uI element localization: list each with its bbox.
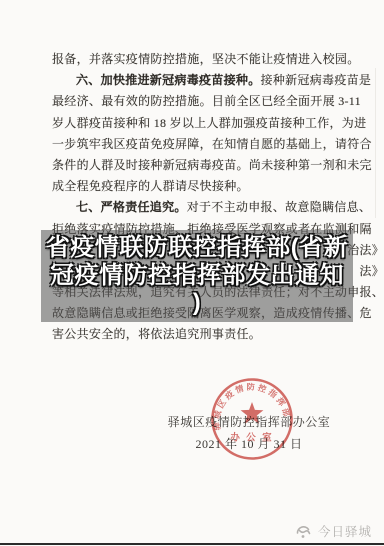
doc-line: 岁人群疫苗接种和 18 岁以上人群加强疫苗接种工作，为进 — [52, 113, 350, 134]
doc-line: 成全程免疫程序的人群请尽快接种。 — [52, 176, 350, 197]
bottom-border — [0, 543, 384, 545]
watermark-label: 今日驿城 — [318, 522, 372, 540]
doc-line-rest: 接种新冠病毒疫苗是 — [261, 73, 372, 87]
caption-title-line3: ) — [193, 289, 202, 317]
doc-line: 七、严格责任追究。对于不主动申报、故意隐瞒信息、 — [52, 197, 350, 218]
watermark: 今日驿城 — [295, 522, 372, 540]
doc-line-rest: 对于不主动申报、故意隐瞒信息、 — [187, 200, 372, 214]
screenshot-root: 报备，并落实疫情防控措施，坚决不能让疫情进入校园。 六、加快推进新冠病毒疫苗接种… — [0, 0, 384, 546]
official-seal: 驿城区疫情防控指挥部 办 公 室 — [209, 376, 295, 462]
doc-line: 害公共安全的，将依法追究刑事责任。 — [52, 324, 350, 345]
scan-crease — [375, 68, 376, 218]
watermark-logo-icon — [295, 524, 312, 539]
doc-line: 六、加快推进新冠病毒疫苗接种。接种新冠病毒疫苗是 — [52, 70, 350, 91]
doc-line-heading: 七、严格责任追究。 — [76, 200, 187, 214]
seal-inner-text: 办 公 室 — [230, 432, 273, 444]
doc-line: 最经济、最有效的防控措施。目前全区已经全面开展 3-11 — [52, 91, 350, 112]
caption-overlay: 省疫情联防联控指挥部(省新 冠疫情防控指挥部发出通知 ) — [41, 230, 353, 322]
doc-line: 一步筑牢我区疫苗免疫屏障，在知情自愿的基础上，请符合 — [52, 134, 350, 155]
seal-star-icon — [241, 402, 264, 424]
caption-title-line1: 省疫情联防联控指挥部(省新 — [46, 234, 349, 262]
caption-title-line2: 冠疫情防控指挥部发出通知 — [50, 262, 344, 290]
doc-line: 报备，并落实疫情防控措施，坚决不能让疫情进入校园。 — [52, 49, 350, 70]
doc-line-heading: 六、加快推进新冠病毒疫苗接种。 — [76, 73, 261, 87]
doc-line: 条件的人群及时接种新冠病毒疫苗。尚未接种第一剂和未完 — [52, 155, 350, 176]
